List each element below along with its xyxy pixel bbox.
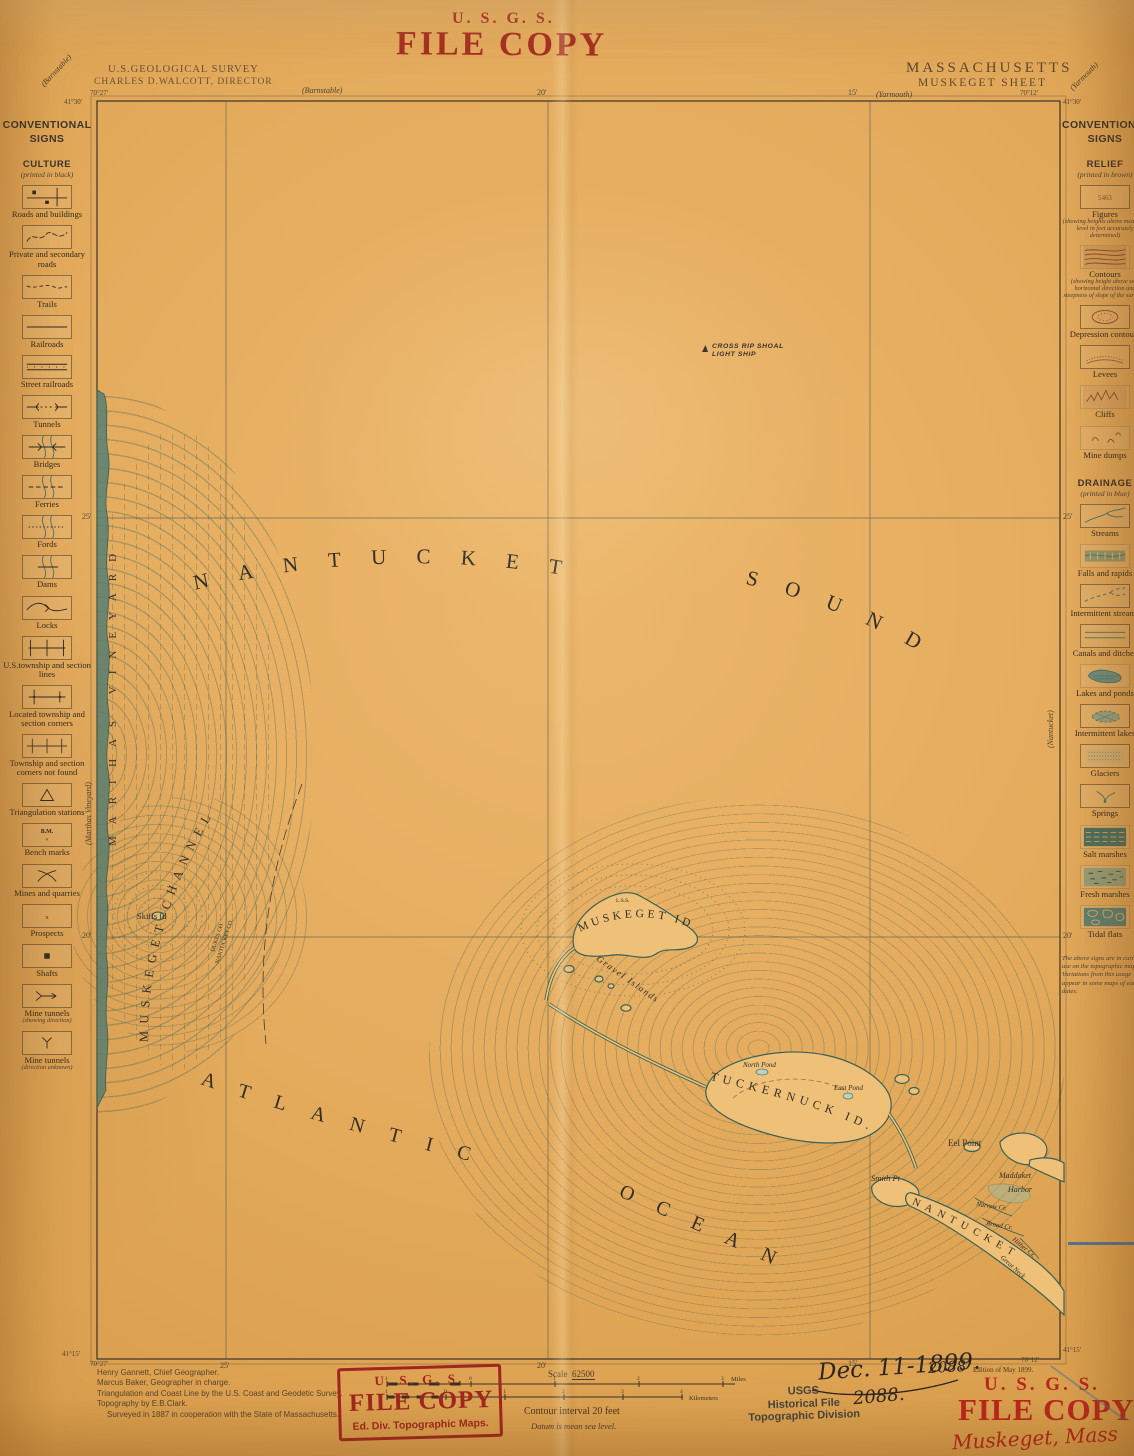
mine-dumps-icon <box>1080 426 1130 450</box>
corner-br-longitude: 70°12' <box>1021 1356 1039 1364</box>
intermittent-lakes-icon <box>1080 704 1130 728</box>
credit-line: Topography by E.B.Clark. <box>97 1399 342 1409</box>
corner-tl-longitude: 70°27' <box>90 89 108 97</box>
credit-line: Marcus Baker, Geographer in charge. <box>97 1378 342 1388</box>
tunnels-icon <box>22 395 72 419</box>
county-line-labels: DUKES CO. NANTUCKET CO. <box>207 916 235 965</box>
tick-top-20: 20' <box>537 88 546 97</box>
corner-bl-latitude: 41°15' <box>62 1350 80 1358</box>
bridges-icon <box>22 435 72 459</box>
top-filecopy-stamp: FILE COPY <box>396 25 607 64</box>
legend-item-bench-marks: B.M.× Bench marks <box>0 823 94 857</box>
kilometers-label: Kilometers <box>689 1395 718 1402</box>
outer-neatline <box>91 96 1066 1364</box>
legend-item-triangulation: Triangulation stations <box>0 783 94 817</box>
lakes-ponds-icon <box>1080 664 1130 688</box>
lightship-label-2: LIGHT SHIP <box>712 351 756 358</box>
historical-file-stamp: USGS Historical File Topographic Divisio… <box>747 1383 860 1425</box>
township-lines-icon <box>22 636 72 660</box>
legend-item-falls-rapids: Falls and rapids <box>1062 544 1134 578</box>
legend-item-trails: Trails <box>0 275 94 309</box>
springs-icon <box>1080 784 1130 808</box>
roads-and-buildings-icon <box>22 185 72 209</box>
drainage-heading: DRAINAGE <box>1062 478 1134 489</box>
legend-item-glaciers: Glaciers <box>1062 744 1134 778</box>
contour-interval: Contour interval 20 feet <box>524 1406 620 1417</box>
locks-icon <box>22 596 72 620</box>
lightship-label-1: CROSS RIP SHOAL <box>712 343 784 350</box>
legend-item-locks: Locks <box>0 596 94 630</box>
skiffs-island-label: Skiffs Id <box>137 911 167 921</box>
depression-contours-icon <box>1080 305 1130 329</box>
legend-item-contours: Contours (showing height above sea, hori… <box>1062 245 1134 299</box>
legend-item-corners-not-found: Township and section corners not found <box>0 734 94 777</box>
relief-heading: RELIEF <box>1062 159 1134 170</box>
corners-not-found-icon <box>22 734 72 758</box>
legend-item-mine-dumps: Mine dumps <box>1062 426 1134 460</box>
falls-rapids-icon <box>1080 544 1130 568</box>
svg-text:4: 4 <box>680 1389 683 1395</box>
culture-heading: CULTURE <box>0 159 94 170</box>
graticule-grid <box>97 101 1060 1359</box>
nantucket-sound-label-1: NANTUCKET <box>191 544 593 594</box>
gravel-islands-label: Gravel Islands <box>595 953 661 1004</box>
svg-text:1: 1 <box>553 1376 556 1382</box>
relief-note: (printed in brown) <box>1062 170 1134 179</box>
credit-line: Surveyed in 1887 in cooperation with the… <box>97 1410 342 1420</box>
sheet-title: MUSKEGET SHEET <box>918 77 1047 89</box>
mine-tunnel-direction-icon <box>22 984 72 1008</box>
handwritten-file-number: 2088. <box>852 1384 905 1409</box>
nantucket-sound-label-2: SOUND <box>744 565 950 668</box>
railroads-icon <box>22 315 72 339</box>
harbor-label: Harbor <box>1007 1185 1033 1194</box>
tick-top-15: 15' <box>848 88 857 97</box>
legend-item-prospects: x Prospects <box>0 904 94 938</box>
glaciers-icon <box>1080 744 1130 768</box>
datum-note: Datum is mean sea level. <box>531 1421 616 1431</box>
map-credits: Henry Gannett, Chief Geographer. Marcus … <box>97 1368 342 1420</box>
legend-item-located-corners: Located township and section corners <box>0 685 94 728</box>
legend-right-title-1: CONVENTIONAL <box>1062 119 1134 131</box>
legend-relief-drainage: CONVENTIONAL SIGNS RELIEF (printed in br… <box>1062 118 1134 996</box>
legend-item-levees: Levees <box>1062 345 1134 379</box>
svg-text:2: 2 <box>637 1376 640 1382</box>
svg-text:×: × <box>45 838 48 844</box>
mine-tunnel-unknown-icon <box>22 1031 72 1055</box>
state-title: MASSACHUSETTS <box>906 60 1073 77</box>
legend-item-township-lines: U.S.township and section lines <box>0 636 94 679</box>
mines-quarries-icon <box>22 864 72 888</box>
adjoining-sheet-top-right: (Yarmouth) <box>876 90 912 99</box>
handwritten-number-top: 2088 <box>928 1357 967 1377</box>
corner-tl-latitude: 41°30' <box>64 98 82 106</box>
svg-text:3: 3 <box>621 1389 624 1395</box>
map-sheet: NANTUCKET SOUND ATLANTIC OCEAN MUSKEGET … <box>0 0 1134 1456</box>
miles-label: Miles <box>731 1376 746 1383</box>
lightship-icon <box>702 345 708 352</box>
narrow-creek-label: Narrow Cr. <box>975 1201 1008 1212</box>
levees-icon <box>1080 345 1130 369</box>
fords-icon <box>22 515 72 539</box>
svg-text:2: 2 <box>562 1389 565 1395</box>
legend-item-intermittent-streams: Intermittent streams <box>1062 584 1134 618</box>
corner-tr-longitude: 70°12' <box>1020 89 1038 97</box>
muskeget-channel-label: MUSKEGET CHANNEL <box>137 806 217 1042</box>
drainage-note: (printed in blue) <box>1062 489 1134 498</box>
legend-culture: CONVENTIONAL SIGNS CULTURE (printed in b… <box>0 118 94 1071</box>
legend-item-street-railroads: Street railroads <box>0 355 94 389</box>
triangulation-icon <box>22 783 72 807</box>
neatline <box>97 101 1060 1359</box>
fresh-marshes-icon <box>1080 865 1130 889</box>
ferries-icon <box>22 475 72 499</box>
canals-ditches-icon <box>1080 624 1130 648</box>
legend-left-title-1: CONVENTIONAL <box>3 119 92 131</box>
legend-item-bridges: Bridges <box>0 435 94 469</box>
svg-text:5463: 5463 <box>1098 195 1112 202</box>
street-railroads-icon <box>22 355 72 379</box>
marthas-vineyard-label: MARTHAS VINEYARD <box>107 542 119 846</box>
atlantic-ocean-label-2: OCEAN <box>616 1180 802 1279</box>
credit-line: Triangulation and Coast Line by the U.S.… <box>97 1389 342 1399</box>
legend-item-private-roads: Private and secondary roads <box>0 225 94 268</box>
tick-bottom-20: 20' <box>537 1361 546 1370</box>
legend-item-mine-tunnels-direction: Mine tunnels (showing direction) <box>0 984 94 1025</box>
legend-item-dams: Dams <box>0 555 94 589</box>
culture-note: (printed in black) <box>0 170 94 179</box>
bench-marks-icon: B.M.× <box>22 823 72 847</box>
legend-item-roads-and-buildings: Roads and buildings <box>0 185 94 219</box>
private-roads-icon <box>22 225 72 249</box>
legend-item-depression-contours: Depression contours <box>1062 305 1134 339</box>
map-canvas: NANTUCKET SOUND ATLANTIC OCEAN MUSKEGET … <box>0 0 1134 1456</box>
legend-item-springs: Springs <box>1062 784 1134 818</box>
life-saving-station-label: L.S.S. <box>616 898 630 904</box>
svg-text:1: 1 <box>503 1389 506 1395</box>
eel-point-label: Eel Point <box>948 1138 982 1148</box>
legend-item-mine-tunnels-unknown: Mine tunnels (direction unknown) <box>0 1031 94 1072</box>
adjoining-sheet-right: (Nantucket) <box>1046 710 1055 748</box>
legend-item-shafts: Shafts <box>0 944 94 978</box>
adjoining-sheet-top-left: (Barnstable) <box>302 86 342 95</box>
legend-item-ferries: Ferries <box>0 475 94 509</box>
streams-icon <box>1080 504 1130 528</box>
legend-item-canals-ditches: Canals and ditches <box>1062 624 1134 658</box>
corner-bl-longitude: 70°27' <box>90 1360 108 1368</box>
legend-item-salt-marshes: Salt marshes <box>1062 825 1134 859</box>
agency-title: U.S.GEOLOGICAL SURVEY <box>108 64 259 75</box>
legend-left-title-2: SIGNS <box>30 133 65 145</box>
atlantic-ocean-label-1: ATLANTIC <box>199 1068 499 1172</box>
east-pond-label: East Pond <box>833 1084 863 1092</box>
intermittent-streams-icon <box>1080 584 1130 608</box>
contours-icon <box>1080 245 1130 269</box>
cliffs-icon <box>1080 385 1130 409</box>
legend-right-title-2: SIGNS <box>1088 133 1123 145</box>
ed-div-filecopy-stamp: U. S. G. S. FILE COPY Ed. Div. Topograph… <box>337 1364 503 1442</box>
legend-footnote: The above signs are in current use on th… <box>1062 955 1134 996</box>
prospects-icon: x <box>22 904 72 928</box>
legend-item-lakes-ponds: Lakes and ponds <box>1062 664 1134 698</box>
edition-note: Edition of May 1899. <box>973 1366 1033 1374</box>
legend-item-mines-quarries: Mines and quarries <box>0 864 94 898</box>
smith-point-label: Smith Pt <box>871 1173 901 1183</box>
figures-icon: 5463 <box>1080 185 1130 209</box>
legend-item-tunnels: Tunnels <box>0 395 94 429</box>
director-title: CHARLES D.WALCOTT, DIRECTOR <box>94 77 273 87</box>
legend-item-figures: 5463 Figures (showing heights above mean… <box>1062 185 1134 239</box>
shafts-icon <box>22 944 72 968</box>
legend-item-fords: Fords <box>0 515 94 549</box>
svg-text:3: 3 <box>721 1376 724 1382</box>
legend-item-fresh-marshes: Fresh marshes <box>1062 865 1134 899</box>
blue-pen-mark <box>1068 1242 1134 1245</box>
corner-br-latitude: 41°15' <box>1063 1346 1081 1354</box>
located-corners-icon <box>22 685 72 709</box>
svg-text:B.M.: B.M. <box>41 830 54 836</box>
legend-item-tidal-flats: Tidal flats <box>1062 905 1134 939</box>
salt-marshes-icon <box>1080 825 1130 849</box>
county-boundary-line <box>263 784 302 1044</box>
north-pond-label: North Pond <box>742 1061 776 1069</box>
trails-icon <box>22 275 72 299</box>
credit-line: Henry Gannett, Chief Geographer. <box>97 1368 342 1378</box>
tidal-flats-icon <box>1080 905 1130 929</box>
svg-text:x: x <box>46 914 49 920</box>
legend-item-streams: Streams <box>1062 504 1134 538</box>
legend-item-intermittent-lakes: Intermittent lakes <box>1062 704 1134 738</box>
dams-icon <box>22 555 72 579</box>
maddaket-label: Maddaket <box>998 1171 1032 1180</box>
corner-tr-latitude: 41°30' <box>1063 98 1081 106</box>
legend-item-railroads: Railroads <box>0 315 94 349</box>
legend-item-cliffs: Cliffs <box>1062 385 1134 419</box>
